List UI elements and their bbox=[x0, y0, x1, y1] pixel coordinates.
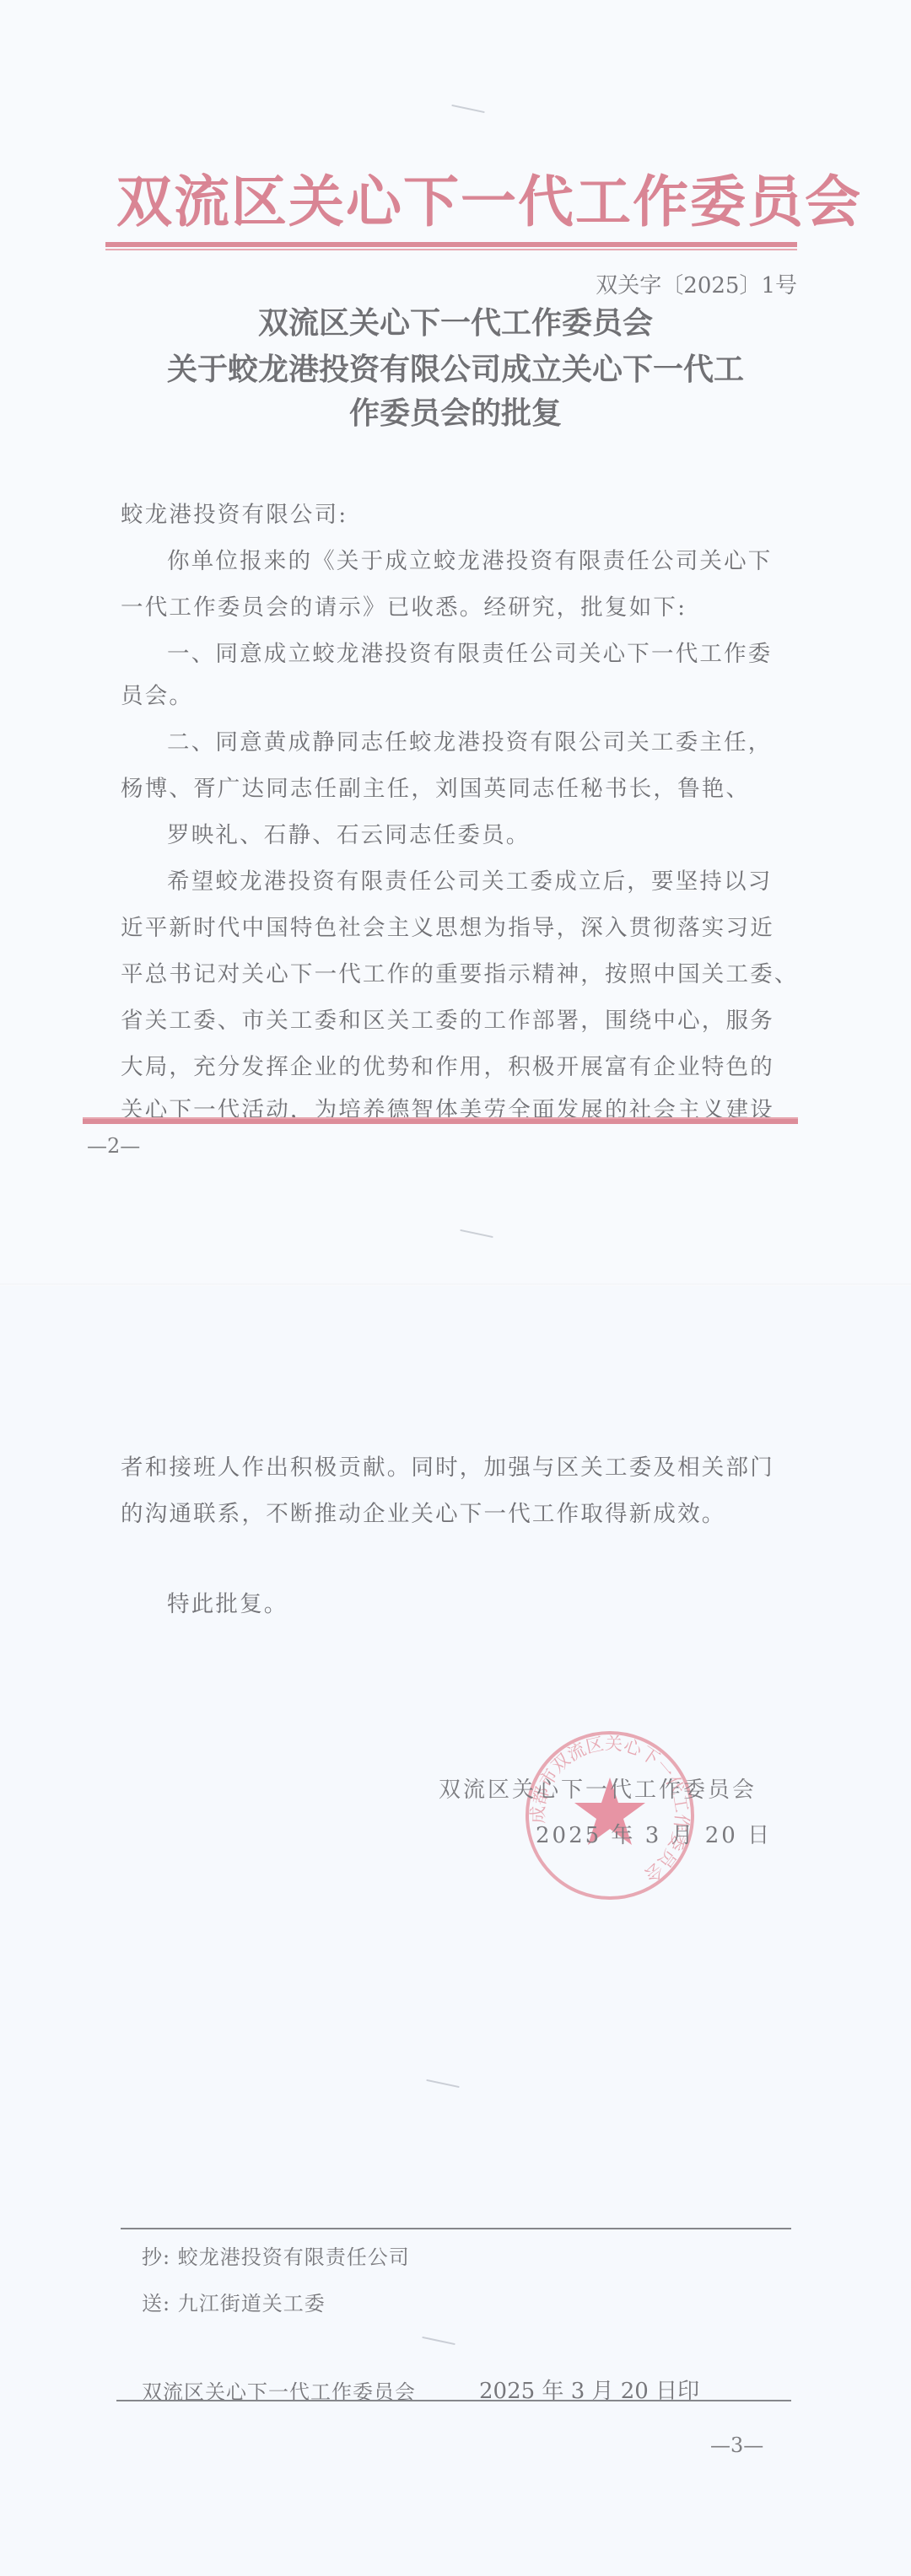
body-line: 的沟通联系，不断推动企业关心下一代工作取得新成效。 bbox=[121, 1495, 726, 1528]
signature-date: 2025 年 3 月 20 日 bbox=[536, 1818, 772, 1849]
print-bottom-rule bbox=[116, 2400, 791, 2401]
body-line: 你单位报来的《关于成立蛟龙港投资有限责任公司关心下 bbox=[167, 542, 773, 575]
page-number: —2— bbox=[87, 1134, 140, 1158]
document-page-2: 双流区关心下一代工作委员会 双关字〔2025〕1号 双流区关心下一代工作委员会 … bbox=[0, 0, 911, 1286]
body-line: 平总书记对关心下一代工作的重要指示精神，按照中国关工委、 bbox=[121, 955, 799, 988]
signature-organization: 双流区关心下一代工作委员会 bbox=[439, 1772, 757, 1804]
closing-remark: 特此批复。 bbox=[167, 1585, 288, 1618]
page-number: —3— bbox=[710, 2433, 763, 2457]
document-title-line-2: 关于蛟龙港投资有限公司成立关心下一代工 bbox=[0, 346, 911, 389]
addressee: 蛟龙港投资有限公司: bbox=[121, 496, 348, 529]
body-line: 一、同意成立蛟龙港投资有限责任公司关心下一代工作委 bbox=[167, 635, 773, 668]
document-number: 双关字〔2025〕1号 bbox=[596, 268, 797, 299]
letterhead-title: 双流区关心下一代工作委员会 bbox=[116, 157, 798, 237]
body-line: 一代工作委员会的请示》已收悉。经研究，批复如下: bbox=[121, 589, 687, 621]
page-bottom-red-rule bbox=[83, 1117, 798, 1124]
body-line: 杨博、胥广达同志任副主任，刘国英同志任秘书长，鲁艳、 bbox=[121, 770, 750, 803]
document-title-line-3: 作委员会的批复 bbox=[0, 390, 911, 433]
body-line: 罗映礼、石静、石云同志任委员。 bbox=[167, 816, 531, 849]
official-seal-icon: 成都市双流区关心下一代工作委员会 bbox=[523, 1729, 697, 1902]
send-to: 送: 九江街道关工委 bbox=[142, 2287, 326, 2316]
letterhead-red-rule bbox=[105, 242, 797, 250]
body-line: 者和接班人作出积极贡献。同时，加强与区关工委及相关部门 bbox=[121, 1449, 774, 1482]
document-title-line-1: 双流区关心下一代工作委员会 bbox=[0, 299, 911, 342]
cc-top-rule bbox=[121, 2228, 791, 2229]
body-line: 省关工委、市关工委和区关工委的工作部署，围绕中心，服务 bbox=[121, 1002, 774, 1035]
scan-mark bbox=[451, 105, 485, 113]
scan-mark bbox=[460, 1229, 493, 1238]
body-line: 员会。 bbox=[121, 677, 193, 710]
body-line: 希望蛟龙港投资有限责任公司关工委成立后，要坚持以习 bbox=[167, 863, 773, 895]
copy-to: 抄: 蛟龙港投资有限责任公司 bbox=[142, 2240, 410, 2270]
body-line: 近平新时代中国特色社会主义思想为指导，深入贯彻落实习近 bbox=[121, 909, 774, 942]
body-line: 二、同意黄成静同志任蛟龙港投资有限公司关工委主任， bbox=[167, 723, 773, 756]
body-line: 大局，充分发挥企业的优势和作用，积极开展富有企业特色的 bbox=[121, 1048, 774, 1081]
